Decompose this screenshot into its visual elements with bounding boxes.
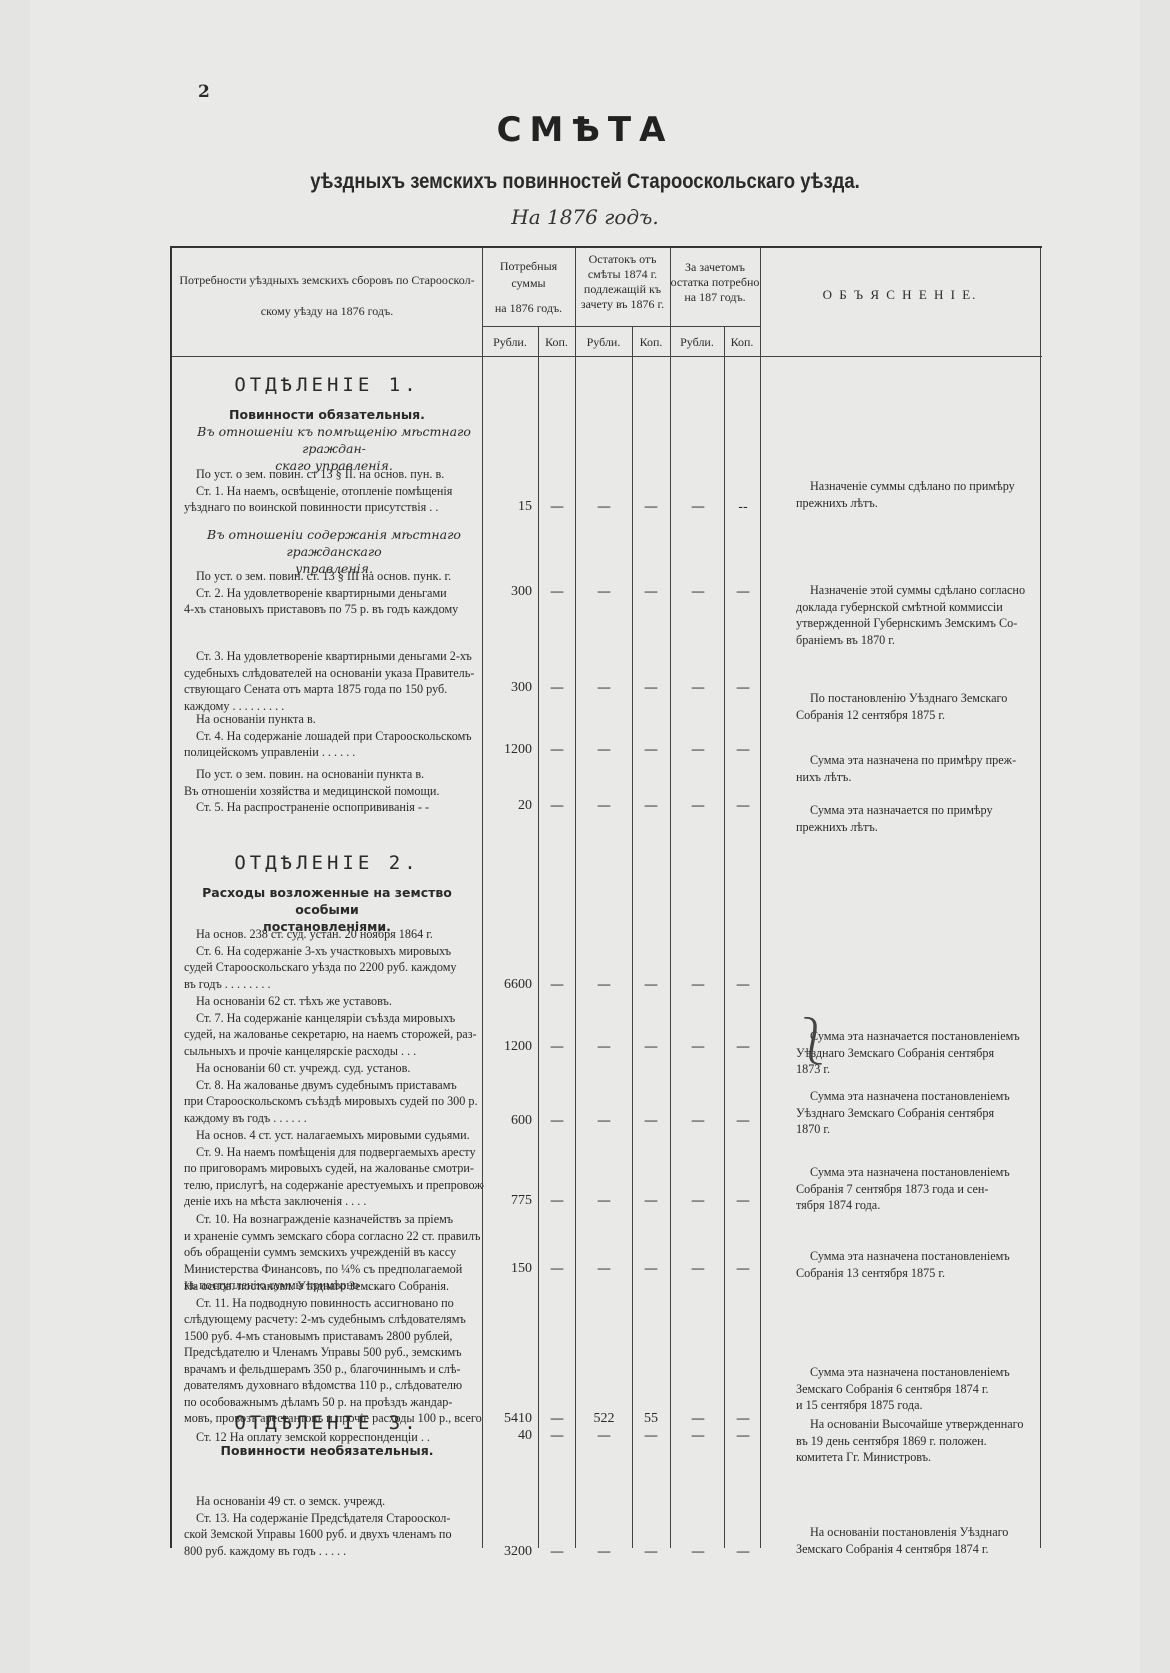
cell-after-kop: —: [728, 977, 758, 993]
item-description: На основаніи 49 ст. о земск. учрежд.Ст. …: [184, 1493, 484, 1559]
item-description: На основ. 238 ст. суд. устан. 20 ноября …: [184, 926, 484, 992]
cell-rem-rub: —: [586, 1039, 622, 1055]
section-title: ОТДѢЛЕНІЕ 1.: [172, 374, 482, 396]
cell-rubles: 600: [488, 1113, 532, 1129]
cell-after-rub: —: [680, 1544, 716, 1560]
item-explanation-line: нихъ лѣтъ.: [796, 769, 1036, 786]
item-description-line: и храненіе суммъ земскаго сбора согласно…: [184, 1228, 484, 1245]
cell-rem-kop: —: [636, 680, 666, 696]
item-description-line: На основаніи 49 ст. о земск. учрежд.: [184, 1493, 484, 1510]
item-description-line: Ст. 4. На содержаніе лошадей при Староос…: [184, 728, 484, 745]
cell-after-kop: --: [728, 499, 758, 515]
cell-kop: —: [542, 499, 572, 515]
item-explanation: Сумма эта назначена постановленіемъСобра…: [796, 1248, 1036, 1281]
header-needs-line: скому уѣзду на 1876 годъ.: [172, 303, 482, 320]
item-explanation-line: Сумма эта назначена по примѣру преж-: [796, 752, 1036, 769]
cell-after-rub: —: [680, 680, 716, 696]
table-right-border: [1040, 248, 1041, 1548]
item-description-line: 4-хъ становыхъ приставовъ по 75 р. въ го…: [184, 601, 484, 618]
item-description-line: 1500 руб. 4-мъ становымъ приставамъ 2800…: [184, 1328, 484, 1345]
brace-icon: ⎱: [790, 1018, 836, 1064]
item-description-line: По уст. о зем. повин. на основаніи пункт…: [184, 766, 484, 783]
item-explanation: Назначеніе этой суммы сдѣлано согласнодо…: [796, 582, 1036, 648]
item-explanation-line: Сумма эта назначается по примѣру: [796, 802, 1036, 819]
cell-rem-rub: —: [586, 1428, 622, 1444]
section-subtitle-line: Расходы возложенные на земство особыми: [172, 884, 482, 918]
cell-kop: —: [542, 1113, 572, 1129]
item-explanation-line: въ 19 день сентября 1869 г. положен.: [796, 1433, 1036, 1450]
item-explanation-line: Собранія 7 сентября 1873 года и сен-: [796, 1181, 1036, 1198]
cell-rem-rub: —: [586, 584, 622, 600]
cell-rem-kop: —: [636, 584, 666, 600]
header-after-line: на 187 годъ.: [670, 290, 760, 305]
header-kop: Коп.: [724, 334, 760, 351]
item-description: По уст. о зем. повин. ст. 13 § III на ос…: [184, 568, 484, 618]
cell-after-rub: —: [680, 742, 716, 758]
item-explanation-line: Назначеніе этой суммы сдѣлано согласно: [796, 582, 1036, 599]
cell-kop: —: [542, 1261, 572, 1277]
item-description-line: На основаніи пункта в.: [184, 711, 484, 728]
cell-rem-rub: —: [586, 1261, 622, 1277]
cell-after-rub: —: [680, 1039, 716, 1055]
item-description: На основаніи 60 ст. учрежд. суд. установ…: [184, 1060, 484, 1126]
cell-after-kop: —: [728, 584, 758, 600]
item-description-line: по приговорамъ мировыхъ судей, на жалова…: [184, 1160, 484, 1177]
cell-rubles: 1200: [488, 742, 532, 758]
item-description: На основаніи 62 ст. тѣхъ же уставовъ.Ст.…: [184, 993, 484, 1059]
cell-kop: —: [542, 977, 572, 993]
item-description-line: телю, прислугѣ, на содержаніе арестуемых…: [184, 1177, 484, 1194]
item-description-line: Ст. 9. На наемъ помѣщенія для подвергаем…: [184, 1144, 484, 1161]
cell-after-rub: —: [680, 798, 716, 814]
cell-rem-kop: —: [636, 1261, 666, 1277]
header-after-offset: За зачетомъ остатка потребно на 187 годъ…: [670, 260, 760, 305]
item-description-line: слѣдующему расчету: 2-мъ судебнымъ слѣдо…: [184, 1311, 484, 1328]
cell-after-kop: —: [728, 742, 758, 758]
cell-after-kop: —: [728, 1039, 758, 1055]
cell-rubles: 300: [488, 584, 532, 600]
cell-rem-kop: —: [636, 499, 666, 515]
header-remainder-line: смѣты 1874 г.: [575, 267, 670, 282]
cell-after-rub: —: [680, 1113, 716, 1129]
cell-after-kop: —: [728, 798, 758, 814]
cell-rem-rub: —: [586, 1193, 622, 1209]
item-explanation: По постановленію Уѣзднаго ЗемскагоСобран…: [796, 690, 1036, 723]
item-explanation-line: Назначеніе суммы сдѣлано по примѣру: [796, 478, 1036, 495]
cell-after-rub: —: [680, 1428, 716, 1444]
item-description-line: На основ. 238 ст. суд. устан. 20 ноября …: [184, 926, 484, 943]
header-rub: Рубли.: [482, 334, 538, 351]
cell-kop: —: [542, 1544, 572, 1560]
item-explanation-line: Сумма эта назначена постановленіемъ: [796, 1364, 1036, 1381]
cell-rem-rub: —: [586, 1113, 622, 1129]
cell-rubles: 775: [488, 1193, 532, 1209]
item-description-line: судей, на жалованье секретарю, на наемъ …: [184, 1026, 484, 1043]
item-explanation-line: 1870 г.: [796, 1121, 1036, 1138]
page-number: 2: [198, 82, 210, 102]
cell-rem-rub: —: [586, 742, 622, 758]
item-explanation: На основаніи постановленія УѣзднагоЗемск…: [796, 1524, 1036, 1557]
header-kop: Коп.: [632, 334, 670, 351]
column-divider: [724, 326, 725, 1548]
cell-rem-rub: —: [586, 680, 622, 696]
header-kop: Коп.: [538, 334, 575, 351]
item-description-line: Ст. 13. На содержаніе Предсѣдателя Старо…: [184, 1510, 484, 1527]
item-description-line: Ст. 10. На вознагражденіе казначействъ з…: [184, 1211, 484, 1228]
item-description-line: судей Старооскольскаго уѣзда по 2200 руб…: [184, 959, 484, 976]
cell-rubles: 5410: [488, 1411, 532, 1427]
cell-after-kop: —: [728, 1544, 758, 1560]
column-divider: [538, 326, 539, 1548]
cell-kop: —: [542, 680, 572, 696]
cell-rem-kop: —: [636, 1193, 666, 1209]
header-explanation: О Б Ъ Я С Н Е Н І Е.: [760, 286, 1040, 303]
cell-kop: —: [542, 1039, 572, 1055]
header-required: Потребныя суммы на 1876 годъ.: [482, 258, 575, 317]
header-rub: Рубли.: [575, 334, 632, 351]
cell-after-rub: —: [680, 1261, 716, 1277]
cell-rubles: 15: [488, 499, 532, 515]
subsection-heading-line: Въ отношеніи къ помѣщенію мѣстнаго гражд…: [184, 423, 484, 457]
item-explanation-line: На основаніи постановленія Уѣзднаго: [796, 1524, 1036, 1541]
header-bottom-border: [172, 356, 1042, 357]
item-explanation-line: прежнихъ лѣтъ.: [796, 819, 1036, 836]
item-explanation-line: и 15 сентября 1875 года.: [796, 1397, 1036, 1414]
item-description-line: Ст. 3. На удовлетвореніе квартирными ден…: [184, 648, 484, 665]
cell-after-rub: —: [680, 584, 716, 600]
cell-after-rub: —: [680, 1411, 716, 1427]
item-explanation-line: комитета Гг. Министровъ.: [796, 1449, 1036, 1466]
document-subtitle: уѣздныхъ земскихъ повинностей Старооскол…: [70, 170, 1100, 194]
cell-after-rub: —: [680, 499, 716, 515]
item-description-line: Въ отношеніи хозяйства и медицинской пом…: [184, 783, 484, 800]
item-description: На основаніи пункта в.Ст. 4. На содержан…: [184, 711, 484, 761]
header-remainder-line: подлежащій къ: [575, 282, 670, 297]
item-description-line: деніе ихъ на мѣста заключенія . . . .: [184, 1193, 484, 1210]
item-explanation: Сумма эта назначена постановленіемъУѣздн…: [796, 1088, 1036, 1138]
cell-rem-kop: 55: [636, 1411, 666, 1427]
cell-rem-rub: 522: [586, 1411, 622, 1427]
item-description-line: Ст. 5. На распространеніе оспопрививанія…: [184, 799, 484, 816]
item-explanation-line: тября 1874 года.: [796, 1197, 1036, 1214]
item-explanation: Назначеніе суммы сдѣлано по примѣрупрежн…: [796, 478, 1036, 511]
header-rub: Рубли.: [670, 334, 724, 351]
column-divider: [670, 248, 671, 1548]
cell-after-kop: —: [728, 1428, 758, 1444]
item-description-line: судебныхъ слѣдователей на основаніи указ…: [184, 665, 484, 682]
cell-rem-kop: —: [636, 1113, 666, 1129]
item-explanation: Сумма эта назначена по примѣру преж-нихъ…: [796, 752, 1036, 785]
item-description-line: сыльныхъ и прочіе канцелярскіе расходы .…: [184, 1043, 484, 1060]
item-explanation: Сумма эта назначена постановленіемъЗемск…: [796, 1364, 1036, 1414]
budget-table: Потребности уѣздныхъ земскихъ сборовъ по…: [170, 246, 1042, 1548]
cell-rubles: 150: [488, 1261, 532, 1277]
cell-rubles: 300: [488, 680, 532, 696]
header-subdivider: [482, 326, 760, 327]
cell-rem-kop: —: [636, 1428, 666, 1444]
cell-after-rub: —: [680, 1193, 716, 1209]
header-needs: Потребности уѣздныхъ земскихъ сборовъ по…: [172, 272, 482, 320]
cell-rem-kop: —: [636, 1039, 666, 1055]
cell-rem-rub: —: [586, 798, 622, 814]
item-description-line: На основаніи 62 ст. тѣхъ же уставовъ.: [184, 993, 484, 1010]
cell-kop: —: [542, 1411, 572, 1427]
cell-rem-rub: —: [586, 499, 622, 515]
item-description-line: На основ. постановл. Уѣзднаго Земскаго С…: [184, 1278, 484, 1295]
item-explanation-line: Сумма эта назначена постановленіемъ: [796, 1088, 1036, 1105]
item-description-line: въ годъ . . . . . . . .: [184, 976, 484, 993]
cell-after-kop: —: [728, 1411, 758, 1427]
cell-kop: —: [542, 1428, 572, 1444]
cell-rubles: 1200: [488, 1039, 532, 1055]
header-needs-line: Потребности уѣздныхъ земскихъ сборовъ по…: [172, 272, 482, 289]
header-after-line: За зачетомъ: [670, 260, 760, 275]
cell-kop: —: [542, 742, 572, 758]
item-explanation-line: На основаніи Высочайше утвержденнаго: [796, 1416, 1036, 1433]
cell-rem-kop: —: [636, 977, 666, 993]
item-description-line: Ст. 1. На наемъ, освѣщеніе, отопленіе по…: [184, 483, 484, 500]
item-description-line: уѣзднаго по воинской повинности присутст…: [184, 499, 484, 516]
cell-rem-kop: —: [636, 742, 666, 758]
cell-rem-kop: —: [636, 1544, 666, 1560]
column-divider: [632, 326, 633, 1548]
item-explanation: Сумма эта назначена постановленіемъСобра…: [796, 1164, 1036, 1214]
item-description: Ст. 3. На удовлетвореніе квартирными ден…: [184, 648, 484, 714]
item-explanation-line: утвержденной Губернскимъ Земскимъ Со-: [796, 615, 1036, 632]
item-description-line: объ обращеніи суммъ земскихъ учрежденій …: [184, 1244, 484, 1261]
item-description-line: мовъ, провозъ арестантовъ и прочіе расхо…: [184, 1410, 484, 1427]
item-explanation-line: Уѣзднаго Земскаго Собранія сентября: [796, 1105, 1036, 1122]
cell-rubles: 20: [488, 798, 532, 814]
item-description-line: Ст. 11. На подводную повинность ассигнов…: [184, 1295, 484, 1312]
item-description-line: 800 руб. каждому въ годъ . . . . .: [184, 1543, 484, 1560]
item-explanation: Сумма эта назначается по примѣрупрежнихъ…: [796, 802, 1036, 835]
cell-after-rub: —: [680, 977, 716, 993]
item-description-line: каждому въ годъ . . . . . .: [184, 1110, 484, 1127]
item-description-line: врачамъ и фельдшерамъ 350 р., благочинны…: [184, 1361, 484, 1378]
item-description: На основ. постановл. Уѣзднаго Земскаго С…: [184, 1278, 484, 1427]
header-required-line: Потребныя суммы: [482, 258, 575, 292]
item-description: По уст. о зем. повин. ст 13 § II. на осн…: [184, 466, 484, 516]
cell-kop: —: [542, 584, 572, 600]
item-description: На основ. 4 ст. уст. налагаемыхъ мировым…: [184, 1127, 484, 1210]
item-description-line: По уст. о зем. повин. ст 13 § II. на осн…: [184, 466, 484, 483]
item-description-line: ствующаго Сената отъ марта 1875 года по …: [184, 681, 484, 698]
header-after-line: остатка потребно: [670, 275, 760, 290]
cell-after-kop: —: [728, 1261, 758, 1277]
item-description-line: Ст. 6. На содержаніе 3-хъ участковыхъ ми…: [184, 943, 484, 960]
item-description-line: по особоважнымъ дѣламъ 50 р. на проѣздъ …: [184, 1394, 484, 1411]
cell-kop: —: [542, 1193, 572, 1209]
item-description-line: ской Земской Управы 1600 руб. и двухъ чл…: [184, 1526, 484, 1543]
item-explanation-line: доклада губернской смѣтной коммиссіи: [796, 599, 1036, 616]
item-explanation-line: Собранія 12 сентября 1875 г.: [796, 707, 1036, 724]
item-description-line: Ст. 8. На жалованье двумъ судебнымъ прис…: [184, 1077, 484, 1094]
cell-rem-kop: —: [636, 798, 666, 814]
cell-rem-rub: —: [586, 977, 622, 993]
item-explanation-line: браніемъ въ 1870 г.: [796, 632, 1036, 649]
item-explanation-line: Земскаго Собранія 6 сентября 1874 г.: [796, 1381, 1036, 1398]
cell-after-kop: —: [728, 680, 758, 696]
item-description-line: Министерства Финансовъ, по ¼% съ предпол…: [184, 1261, 484, 1278]
item-description: Ст. 12 На оплату земской корреспонденціи…: [184, 1429, 484, 1446]
item-explanation-line: Сумма эта назначена постановленіемъ: [796, 1164, 1036, 1181]
column-divider: [760, 248, 761, 1548]
column-divider: [575, 248, 576, 1548]
cell-after-kop: —: [728, 1193, 758, 1209]
header-remainder-line: Остатокъ отъ: [575, 252, 670, 267]
item-explanation: На основаніи Высочайше утвержденнаговъ 1…: [796, 1416, 1036, 1466]
header-remainder-line: зачету въ 1876 г.: [575, 297, 670, 312]
item-description-line: полицейскомъ управленіи . . . . . .: [184, 744, 484, 761]
item-description-line: Ст. 12 На оплату земской корреспонденціи…: [184, 1429, 484, 1446]
cell-after-kop: —: [728, 1113, 758, 1129]
item-explanation-line: Сумма эта назначена постановленіемъ: [796, 1248, 1036, 1265]
document-year: На 1876 годъ.: [0, 205, 1170, 229]
item-description-line: Ст. 7. На содержаніе канцеляріи съѣзда м…: [184, 1010, 484, 1027]
item-explanation-line: Собранія 13 сентября 1875 г.: [796, 1265, 1036, 1282]
header-remainder: Остатокъ отъ смѣты 1874 г. подлежащій къ…: [575, 252, 670, 312]
item-description: По уст. о зем. повин. на основаніи пункт…: [184, 766, 484, 816]
cell-rubles: 6600: [488, 977, 532, 993]
cell-rem-rub: —: [586, 1544, 622, 1560]
cell-kop: —: [542, 798, 572, 814]
item-description-line: Предсѣдателю и Членамъ Управы 500 руб., …: [184, 1344, 484, 1361]
header-required-line: на 1876 годъ.: [482, 300, 575, 317]
cell-rubles: 3200: [488, 1544, 532, 1560]
item-description-line: По уст. о зем. повин. ст. 13 § III на ос…: [184, 568, 484, 585]
subsection-heading-line: Въ отношеніи содержанія мѣстнаго граждан…: [184, 526, 484, 560]
item-description-line: при Старооскольскомъ съѣздѣ мировыхъ суд…: [184, 1093, 484, 1110]
item-explanation-line: По постановленію Уѣзднаго Земскаго: [796, 690, 1036, 707]
item-explanation-line: прежнихъ лѣтъ.: [796, 495, 1036, 512]
section-subtitle: Повинности обязательныя.: [172, 406, 482, 423]
item-description-line: Ст. 2. На удовлетвореніе квартирными ден…: [184, 585, 484, 602]
document-title: СМѢТА: [0, 110, 1170, 150]
section-title: ОТДѢЛЕНІЕ 2.: [172, 852, 482, 874]
cell-rubles: 40: [488, 1428, 532, 1444]
item-explanation-line: Земскаго Собранія 4 сентября 1874 г.: [796, 1541, 1036, 1558]
item-description-line: дователямъ духовнаго вѣдомства 110 р., с…: [184, 1377, 484, 1394]
item-description-line: На основаніи 60 ст. учрежд. суд. установ…: [184, 1060, 484, 1077]
item-description-line: На основ. 4 ст. уст. налагаемыхъ мировым…: [184, 1127, 484, 1144]
